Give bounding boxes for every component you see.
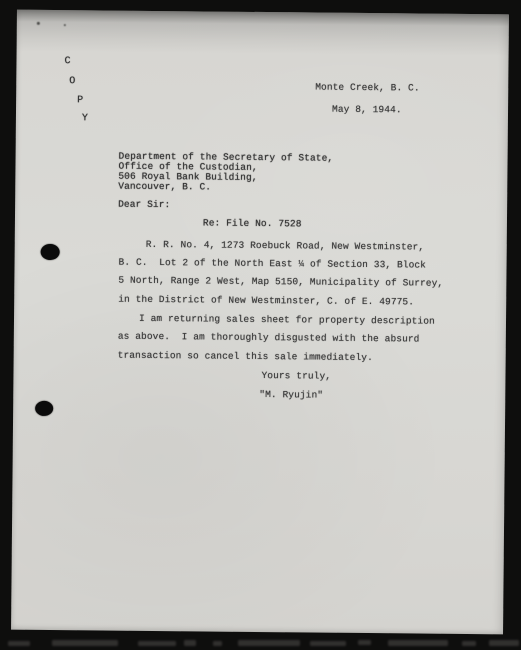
dateline-date: May 8, 1944.	[332, 104, 402, 117]
dust-speck	[37, 22, 40, 25]
reference-line: Re: File No. 7528	[203, 217, 302, 230]
letter-page: C O P Y Monte Creek, B. C. May 8, 1944. …	[11, 10, 509, 635]
dust-speck	[64, 24, 66, 26]
closing: Yours truly,	[261, 370, 331, 383]
property-description-line: R. R. No. 4, 1273 Roebuck Road, New West…	[146, 239, 425, 254]
property-description-line: 5 North, Range 2 West, Map 5150, Municip…	[118, 275, 443, 290]
copy-marking-letter: C	[64, 56, 70, 67]
copy-marking-letter: O	[69, 76, 75, 87]
dateline-location: Monte Creek, B. C.	[315, 82, 420, 95]
body-line: I am returning sales sheet for property …	[139, 313, 435, 328]
copy-marking-letter: P	[77, 95, 83, 106]
hole-punch	[41, 244, 60, 260]
scanned-letter-screenshot: { "scan": { "background_color": "#0e0e0d…	[0, 0, 521, 650]
property-description-line: B. C. Lot 2 of the North East ¼ of Secti…	[119, 257, 427, 272]
property-description-line: in the District of New Westminster, C. o…	[118, 294, 414, 309]
body-line: transaction so cancel this sale immediat…	[118, 350, 373, 364]
body-line: as above. I am thoroughly disgusted with…	[118, 331, 420, 346]
signature: "M. Ryujin"	[259, 389, 323, 402]
copy-marking-letter: Y	[82, 113, 88, 124]
recipient-line: Vancouver, B. C.	[118, 181, 211, 194]
salutation: Dear Sir:	[118, 199, 170, 212]
hole-punch	[35, 401, 53, 416]
scan-edge-shadow	[17, 10, 509, 57]
